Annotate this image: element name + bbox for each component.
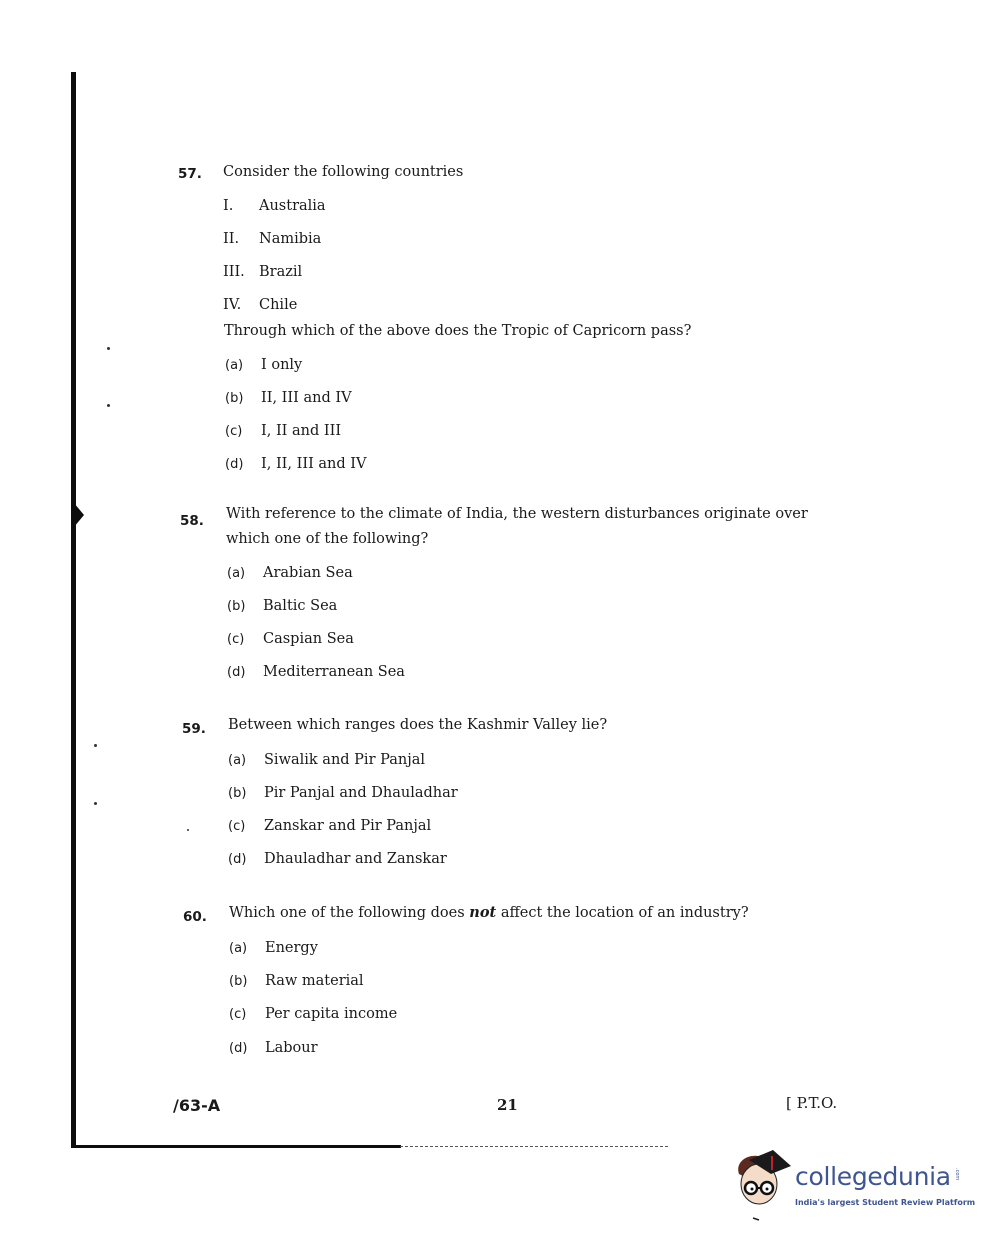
option-label: (c)	[228, 819, 264, 835]
option-text: Pir Panjal and Dhauladhar	[264, 785, 458, 801]
statement-label: I.	[223, 198, 259, 215]
question-stem-line-2: which one of the following?	[226, 531, 428, 548]
option-text: Mediterranean Sea	[263, 664, 405, 680]
option-label: (d)	[228, 852, 264, 868]
question-number: 58.	[180, 513, 204, 529]
option-text: Per capita income	[265, 1006, 397, 1022]
option-text: Dhauladhar and Zanskar	[264, 851, 447, 867]
scan-speck	[187, 829, 189, 831]
option-label: (b)	[229, 974, 265, 990]
option-label: (b)	[228, 786, 264, 802]
option-label: (c)	[225, 424, 261, 440]
option-label: (a)	[227, 566, 263, 582]
option-text: I, II and III	[261, 423, 341, 439]
answer-option: (a)Arabian Sea	[227, 565, 353, 582]
option-label: (d)	[229, 1041, 265, 1057]
page-border-left	[71, 72, 76, 1148]
answer-option: (a)I only	[225, 357, 302, 374]
page-binding-notch	[74, 503, 84, 527]
question-stem-part: affect the location of an industry?	[496, 905, 748, 921]
answer-option: (b)Raw material	[229, 973, 364, 990]
statement-text: Chile	[259, 297, 297, 313]
question-number: 59.	[182, 721, 206, 737]
option-text: Arabian Sea	[263, 565, 353, 581]
statement-label: II.	[223, 231, 259, 248]
page-border-bottom-dashed	[400, 1146, 668, 1147]
question-stem-line-1: With reference to the climate of India, …	[226, 506, 808, 523]
statement-item: I.Australia	[223, 198, 326, 215]
option-label: (c)	[227, 632, 263, 648]
brand-tagline: India's largest Student Review Platform	[795, 1198, 975, 1207]
scan-speck	[94, 744, 97, 747]
answer-option: (d)Dhauladhar and Zanskar	[228, 851, 447, 868]
question-stem-emphasis: not	[469, 904, 496, 921]
answer-option: (d)Mediterranean Sea	[227, 664, 405, 681]
option-label: (d)	[227, 665, 263, 681]
option-text: Raw material	[265, 973, 364, 989]
brand-domain-suffix: .com	[954, 1168, 960, 1180]
option-text: Baltic Sea	[263, 598, 337, 614]
answer-option: (a)Siwalik and Pir Panjal	[228, 752, 425, 769]
scan-speck	[107, 347, 110, 350]
mascot-icon	[733, 1148, 793, 1224]
question-stem: Which one of the following does not affe…	[229, 904, 749, 922]
option-text: Zanskar and Pir Panjal	[264, 818, 431, 834]
scan-speck	[107, 404, 110, 407]
question-stem: Consider the following countries	[223, 164, 463, 181]
please-turn-over: [ P.T.O.	[786, 1094, 837, 1112]
option-label: (c)	[229, 1007, 265, 1023]
statement-text: Namibia	[259, 231, 321, 247]
answer-option: (c)Zanskar and Pir Panjal	[228, 818, 431, 835]
booklet-code: /63-A	[173, 1096, 220, 1115]
question-number: 60.	[183, 909, 207, 925]
question-number: 57.	[178, 166, 202, 182]
statement-text: Australia	[259, 198, 326, 214]
option-text: I, II, III and IV	[261, 456, 367, 472]
statement-text: Brazil	[259, 264, 302, 280]
answer-option: (d)I, II, III and IV	[225, 456, 367, 473]
answer-option: (c)I, II and III	[225, 423, 341, 440]
answer-option: (b)Pir Panjal and Dhauladhar	[228, 785, 458, 802]
option-text: I only	[261, 357, 302, 373]
option-label: (d)	[225, 457, 261, 473]
page-border-bottom	[71, 1145, 401, 1148]
option-text: Energy	[265, 940, 318, 956]
option-label: (b)	[225, 391, 261, 407]
scan-speck	[94, 802, 97, 805]
option-text: Caspian Sea	[263, 631, 354, 647]
option-label: (b)	[227, 599, 263, 615]
collegedunia-watermark: collegedunia .com India's largest Studen…	[733, 1148, 963, 1224]
option-label: (a)	[225, 358, 261, 374]
answer-option: (b)II, III and IV	[225, 390, 352, 407]
page-number: 21	[497, 1096, 518, 1114]
answer-option: (c)Per capita income	[229, 1006, 397, 1023]
question-stem-part: Which one of the following does	[229, 905, 469, 921]
question-stem: Between which ranges does the Kashmir Va…	[228, 717, 607, 734]
option-text: II, III and IV	[261, 390, 352, 406]
answer-option: (b)Baltic Sea	[227, 598, 337, 615]
answer-option: (c)Caspian Sea	[227, 631, 354, 648]
option-label: (a)	[229, 941, 265, 957]
option-text: Siwalik and Pir Panjal	[264, 752, 425, 768]
option-label: (a)	[228, 753, 264, 769]
statement-label: III.	[223, 264, 259, 281]
answer-option: (d)Labour	[229, 1040, 318, 1057]
statement-item: IV.Chile	[223, 297, 297, 314]
answer-option: (a)Energy	[229, 940, 318, 957]
statement-item: III.Brazil	[223, 264, 302, 281]
brand-wordmark: collegedunia	[795, 1162, 951, 1191]
statement-label: IV.	[223, 297, 259, 314]
statement-item: II.Namibia	[223, 231, 321, 248]
question-prompt: Through which of the above does the Trop…	[224, 323, 691, 340]
option-text: Labour	[265, 1040, 318, 1056]
